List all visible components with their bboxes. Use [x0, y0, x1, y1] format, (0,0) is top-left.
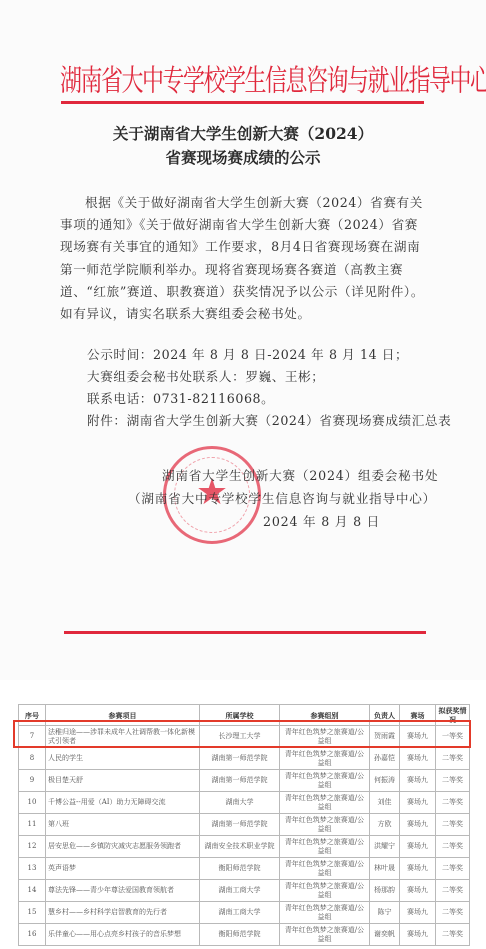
cell-venue: 赛场九	[400, 924, 436, 946]
cell-venue: 赛场九	[400, 770, 436, 792]
table-row: 9 极目楚天舒 湖南第一师范学院 青年红色筑梦之旅赛道/公益组 何振涛 赛场九 …	[19, 770, 470, 792]
notice-title-line1: 关于湖南省大学生创新大赛（2024）	[0, 122, 486, 144]
cell-project: 尊法先锋——青少年尊法爱国教育领航者	[46, 880, 200, 902]
cell-school: 衡阳师范学院	[200, 858, 280, 880]
cell-group: 青年红色筑梦之旅赛道/公益组	[280, 770, 370, 792]
cell-project: 英声语梦	[46, 858, 200, 880]
cell-venue: 赛场九	[400, 880, 436, 902]
cell-school: 湖南第一师范学院	[200, 814, 280, 836]
cell-venue: 赛场九	[400, 748, 436, 770]
cell-no: 14	[19, 880, 46, 902]
cell-group: 青年红色筑梦之旅赛道/公益组	[280, 792, 370, 814]
cell-group: 青年红色筑梦之旅赛道/公益组	[280, 924, 370, 946]
cell-group: 青年红色筑梦之旅赛道/公益组	[280, 858, 370, 880]
notice-letter-page: 湖南省大中专学校学生信息咨询与就业指导中心 关于湖南省大学生创新大赛（2024）…	[0, 0, 486, 680]
cell-project: 千博公益--用爱（AI）助力无障碍交流	[46, 792, 200, 814]
cell-no: 8	[19, 748, 46, 770]
cell-project: 第八班	[46, 814, 200, 836]
table-row: 12 居安思危——乡镇防灾减灾志愿服务领跑者 湖南安全技术职业学院 青年红色筑梦…	[19, 836, 470, 858]
cell-school: 长沙理工大学	[200, 726, 280, 748]
cell-no: 7	[19, 726, 46, 748]
table-row: 8 人民的学生 湖南第一师范学院 青年红色筑梦之旅赛道/公益组 孙嘉恺 赛场九 …	[19, 748, 470, 770]
contact-phone: 联系电话：0731-82116068。	[87, 388, 274, 407]
cell-leader: 刘佳	[370, 792, 400, 814]
notice-body-text: 根据《关于做好湖南省大学生创新大赛（2024）省赛有关事项的通知》《关于做好湖南…	[60, 195, 424, 321]
cell-group: 青年红色筑梦之旅赛道/公益组	[280, 814, 370, 836]
signature-center: （湖南省大中专学校学生信息咨询与就业指导中心）	[128, 488, 436, 507]
cell-award: 二等奖	[436, 792, 470, 814]
cell-no: 9	[19, 770, 46, 792]
cell-group: 青年红色筑梦之旅赛道/公益组	[280, 880, 370, 902]
cell-leader: 方欧	[370, 814, 400, 836]
cell-no: 16	[19, 924, 46, 946]
header-award: 拟获奖情况	[436, 705, 470, 726]
cell-leader: 谢奕帆	[370, 924, 400, 946]
publicity-period: 公示时间：2024 年 8 月 8 日-2024 年 8 月 14 日；	[87, 344, 408, 363]
cell-award: 二等奖	[436, 748, 470, 770]
cell-school: 湖南安全技术职业学院	[200, 836, 280, 858]
cell-project: 人民的学生	[46, 748, 200, 770]
notice-body: 根据《关于做好湖南省大学生创新大赛（2024）省赛有关事项的通知》《关于做好湖南…	[60, 192, 430, 325]
cell-award: 二等奖	[436, 924, 470, 946]
contact-persons: 大赛组委会秘书处联系人：罗巍、王彬；	[87, 366, 325, 385]
cell-no: 15	[19, 902, 46, 924]
cell-venue: 赛场九	[400, 792, 436, 814]
table-row: 11 第八班 湖南第一师范学院 青年红色筑梦之旅赛道/公益组 方欧 赛场九 二等…	[19, 814, 470, 836]
notice-title-line2: 省赛现场赛成绩的公示	[0, 146, 486, 168]
table-row: 7 法稚归途——涉罪未成年人社调帮教一体化新模式引领者 长沙理工大学 青年红色筑…	[19, 726, 470, 748]
table-row: 15 慧乡村——乡村科学启智教育的先行者 湖南工商大学 青年红色筑梦之旅赛道/公…	[19, 902, 470, 924]
table-row: 10 千博公益--用爱（AI）助力无障碍交流 湖南大学 青年红色筑梦之旅赛道/公…	[19, 792, 470, 814]
cell-venue: 赛场九	[400, 726, 436, 748]
cell-leader: 杨那韵	[370, 880, 400, 902]
cell-no: 11	[19, 814, 46, 836]
table-row: 16 乐伴童心——用心点亮乡村孩子的音乐梦想 衡阳师范学院 青年红色筑梦之旅赛道…	[19, 924, 470, 946]
cell-award: 二等奖	[436, 880, 470, 902]
signature-committee: 湖南省大学生创新大赛（2024）组委会秘书处	[162, 465, 438, 484]
cell-no: 10	[19, 792, 46, 814]
header-leader: 负责人	[370, 705, 400, 726]
cell-project: 乐伴童心——用心点亮乡村孩子的音乐梦想	[46, 924, 200, 946]
cell-award: 二等奖	[436, 858, 470, 880]
header-project: 参赛项目	[46, 705, 200, 726]
table-header-row: 序号 参赛项目 所属学校 参赛组别 负责人 赛场 拟获奖情况	[19, 705, 470, 726]
cell-school: 湖南工商大学	[200, 880, 280, 902]
cell-no: 13	[19, 858, 46, 880]
table-row: 13 英声语梦 衡阳师范学院 青年红色筑梦之旅赛道/公益组 林叶晟 赛场九 二等…	[19, 858, 470, 880]
cell-group: 青年红色筑梦之旅赛道/公益组	[280, 902, 370, 924]
cell-project: 极目楚天舒	[46, 770, 200, 792]
cell-project: 法稚归途——涉罪未成年人社调帮教一体化新模式引领者	[46, 726, 200, 748]
cell-group: 青年红色筑梦之旅赛道/公益组	[280, 836, 370, 858]
cell-award: 二等奖	[436, 770, 470, 792]
cell-venue: 赛场九	[400, 814, 436, 836]
attachment-note: 附件：湖南省大学生创新大赛（2024）省赛现场赛成绩汇总表	[87, 410, 451, 429]
cell-leader: 洪耀宁	[370, 836, 400, 858]
header-group: 参赛组别	[280, 705, 370, 726]
cell-no: 12	[19, 836, 46, 858]
cell-school: 衡阳师范学院	[200, 924, 280, 946]
cell-award: 二等奖	[436, 836, 470, 858]
header-school: 所属学校	[200, 705, 280, 726]
cell-group: 青年红色筑梦之旅赛道/公益组	[280, 726, 370, 748]
cell-venue: 赛场九	[400, 858, 436, 880]
cell-group: 青年红色筑梦之旅赛道/公益组	[280, 748, 370, 770]
cell-venue: 赛场九	[400, 902, 436, 924]
cell-leader: 何振涛	[370, 770, 400, 792]
cell-school: 湖南第一师范学院	[200, 770, 280, 792]
table-row: 14 尊法先锋——青少年尊法爱国教育领航者 湖南工商大学 青年红色筑梦之旅赛道/…	[19, 880, 470, 902]
cell-project: 慧乡村——乡村科学启智教育的先行者	[46, 902, 200, 924]
letterhead-red-rule	[61, 101, 424, 104]
cell-award: 二等奖	[436, 814, 470, 836]
cell-school: 湖南大学	[200, 792, 280, 814]
signature-date: 2024 年 8 月 8 日	[263, 511, 380, 530]
header-venue: 赛场	[400, 705, 436, 726]
cell-leader: 林叶晟	[370, 858, 400, 880]
cell-award: 二等奖	[436, 902, 470, 924]
cell-leader: 贺雨霞	[370, 726, 400, 748]
cell-venue: 赛场九	[400, 836, 436, 858]
letterhead-org-name: 湖南省大中专学校学生信息咨询与就业指导中心	[60, 58, 426, 100]
results-table: 序号 参赛项目 所属学校 参赛组别 负责人 赛场 拟获奖情况 7 法稚归途——涉…	[18, 704, 470, 946]
header-no: 序号	[19, 705, 46, 726]
footer-red-rule	[64, 631, 426, 634]
cell-school: 湖南第一师范学院	[200, 748, 280, 770]
cell-school: 湖南工商大学	[200, 902, 280, 924]
cell-award: 一等奖	[436, 726, 470, 748]
cell-leader: 孙嘉恺	[370, 748, 400, 770]
cell-leader: 陈宁	[370, 902, 400, 924]
cell-project: 居安思危——乡镇防灾减灾志愿服务领跑者	[46, 836, 200, 858]
